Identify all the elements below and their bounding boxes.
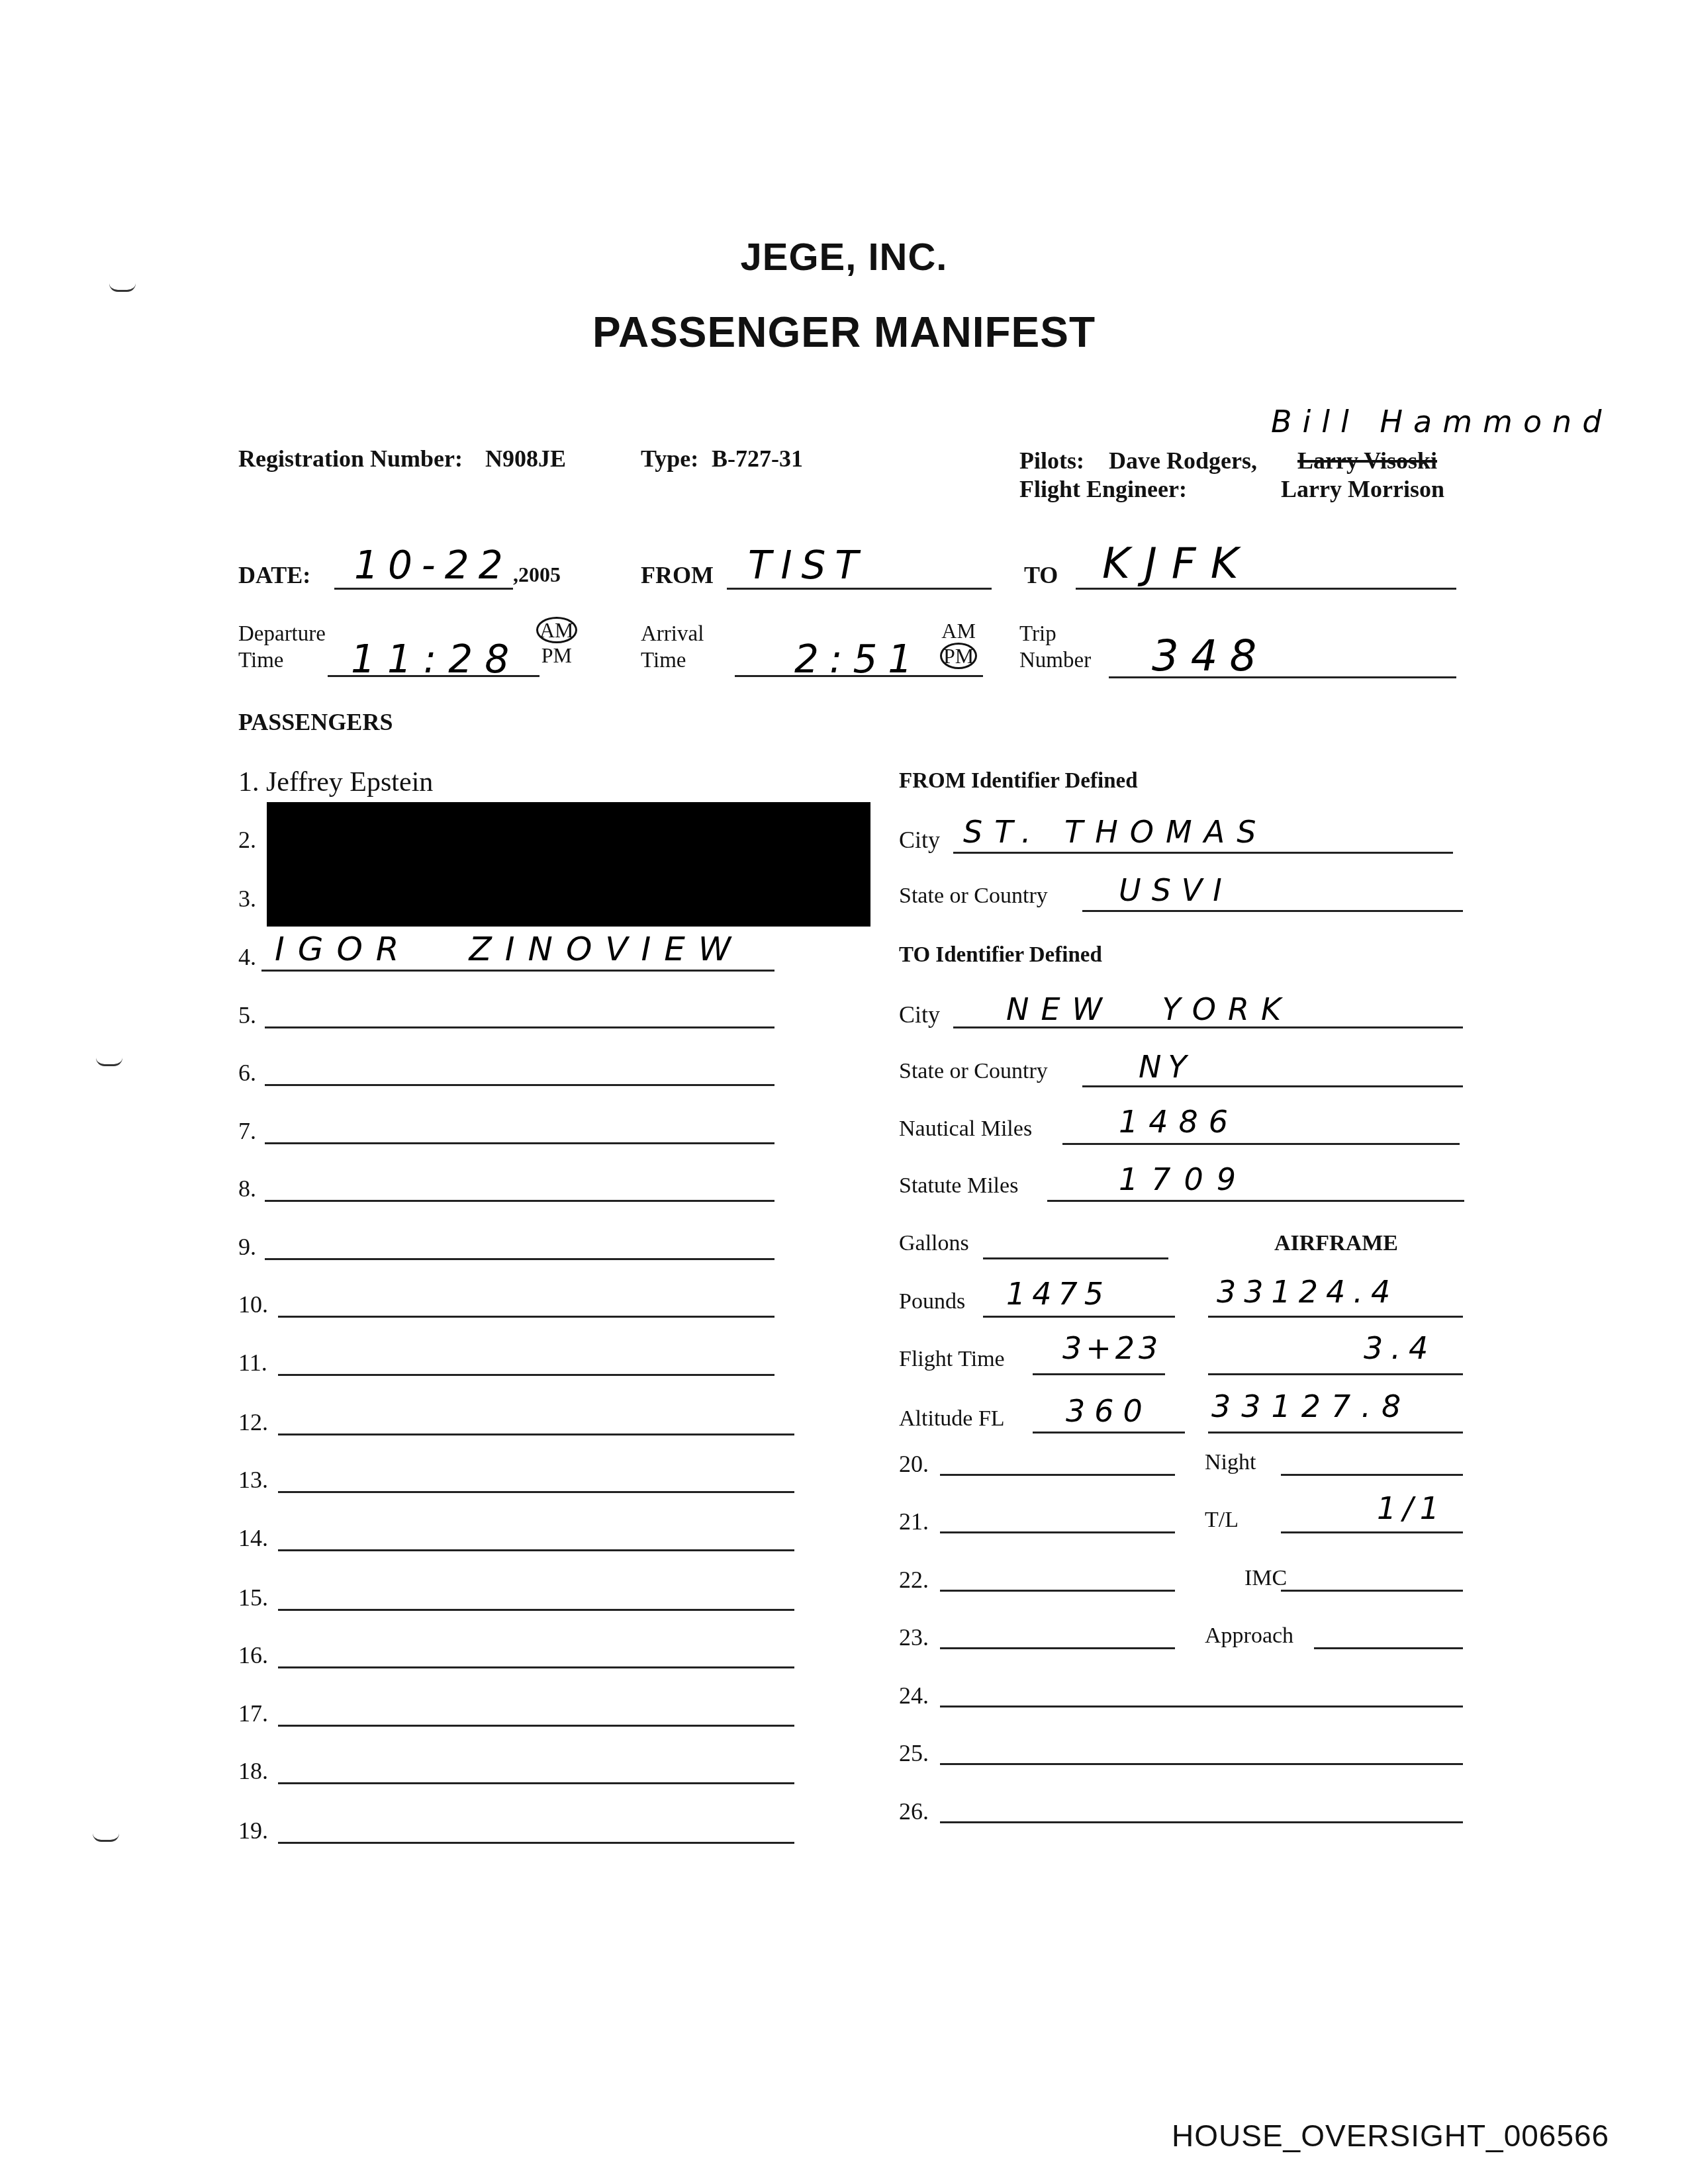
passenger-num: 15. <box>238 1584 268 1612</box>
passenger-row-1: 1. Jeffrey Epstein <box>238 766 433 798</box>
passenger-num: 6. <box>238 1059 256 1087</box>
airframe-end-line <box>1208 1432 1463 1433</box>
arrival-pm-selected[interactable]: PM <box>940 643 977 669</box>
passenger-name-field[interactable] <box>278 1549 794 1551</box>
to-state-line <box>1082 1085 1463 1087</box>
from-value: TIST <box>748 543 868 588</box>
page-title: PASSENGER MANIFEST <box>0 308 1688 357</box>
scan-mark <box>96 1058 122 1066</box>
extra-row-value-field[interactable] <box>1281 1590 1463 1592</box>
type-value: B-727-31 <box>712 445 803 473</box>
from-state-label: State or Country <box>899 884 1048 909</box>
flight-time-line <box>1033 1373 1165 1375</box>
gallons-label: Gallons <box>899 1231 969 1256</box>
pilot-2-struck: Larry Visoski <box>1297 447 1437 475</box>
from-label: FROM <box>641 561 714 589</box>
extra-row-num: 24. <box>899 1682 929 1709</box>
passenger-line <box>261 970 774 972</box>
passenger-num: 9. <box>238 1233 256 1261</box>
extra-row-label: T/L <box>1205 1508 1239 1533</box>
passenger-name-field[interactable] <box>265 1258 774 1260</box>
from-city-value: ST. THOMAS <box>963 814 1268 850</box>
passenger-name: Jeffrey Epstein <box>266 767 433 797</box>
to-identifier-heading: TO Identifier Defined <box>899 943 1102 968</box>
to-state-value: NY <box>1139 1049 1194 1085</box>
arrival-time-value: 2:51 <box>794 637 923 682</box>
from-state-value: USVI <box>1119 872 1233 908</box>
passenger-num: 18. <box>238 1757 268 1785</box>
pounds-value: 1475 <box>1006 1276 1110 1312</box>
passenger-num: 5. <box>238 1001 256 1029</box>
extra-row-num: 26. <box>899 1797 929 1825</box>
passenger-name-field[interactable] <box>278 1725 794 1727</box>
extra-row-num: 20. <box>899 1450 929 1478</box>
airframe-heading: AIRFRAME <box>1274 1231 1398 1256</box>
date-line <box>334 588 513 590</box>
extra-row-num: 22. <box>899 1566 929 1594</box>
trip-number-label: Trip Number <box>1019 621 1091 674</box>
passenger-num: 7. <box>238 1117 256 1145</box>
from-identifier-heading: FROM Identifier Defined <box>899 769 1138 794</box>
airframe-start-value: 33124.4 <box>1217 1274 1398 1310</box>
to-label: TO <box>1024 561 1058 589</box>
registration-value: N908JE <box>485 445 566 473</box>
airframe-flight-line <box>1208 1373 1463 1375</box>
passenger-name-field[interactable] <box>265 1026 774 1028</box>
passenger-name-field[interactable] <box>265 1200 774 1202</box>
departure-pm[interactable]: PM <box>536 643 577 667</box>
extra-row-field[interactable] <box>940 1763 1463 1765</box>
passengers-heading: PASSENGERS <box>238 708 393 736</box>
extra-row-field[interactable] <box>940 1647 1175 1649</box>
scan-mark <box>93 1833 119 1842</box>
flight-engineer-label: Flight Engineer: <box>1019 475 1187 503</box>
from-line <box>727 588 992 590</box>
redaction-box <box>267 802 870 927</box>
bates-number: HOUSE_OVERSIGHT_006566 <box>1172 2118 1609 2154</box>
extra-row-field[interactable] <box>940 1590 1175 1592</box>
passenger-name-field[interactable] <box>278 1433 794 1435</box>
to-value: KJFK <box>1102 539 1253 588</box>
passenger-num: 2. <box>238 826 256 854</box>
to-city-label: City <box>899 1001 940 1028</box>
passenger-name-field[interactable] <box>278 1491 794 1493</box>
passenger-name-field[interactable] <box>278 1666 794 1668</box>
company-name: JEGE, INC. <box>0 235 1688 279</box>
extra-row-label: Night <box>1205 1450 1256 1475</box>
passenger-num: 13. <box>238 1466 268 1494</box>
statute-miles-line <box>1047 1200 1464 1202</box>
passenger-name: IGOR ZINOVIEW <box>275 930 744 968</box>
flight-time-label: Flight Time <box>899 1347 1005 1372</box>
nautical-miles-value: 1486 <box>1119 1104 1239 1140</box>
extra-row-label: IMC <box>1244 1566 1287 1591</box>
extra-row-value-field[interactable] <box>1281 1531 1463 1533</box>
extra-row-field[interactable] <box>940 1474 1175 1476</box>
nautical-miles-line <box>1062 1143 1460 1145</box>
passenger-num: 11. <box>238 1349 267 1377</box>
passenger-name-field[interactable] <box>278 1374 774 1376</box>
from-state-line <box>1082 910 1463 912</box>
pounds-label: Pounds <box>899 1289 965 1314</box>
type-label: Type: <box>641 445 698 473</box>
departure-time-value: 11:28 <box>351 637 521 682</box>
trip-number-value: 348 <box>1152 632 1268 681</box>
passenger-name-field[interactable] <box>278 1316 774 1318</box>
altitude-value: 360 <box>1066 1393 1152 1429</box>
airframe-start-line <box>1208 1316 1463 1318</box>
registration-label: Registration Number: <box>238 445 463 473</box>
pilot-1: Dave Rodgers, <box>1109 447 1257 475</box>
passenger-num: 12. <box>238 1408 268 1436</box>
statute-miles-label: Statute Miles <box>899 1173 1018 1199</box>
passenger-num: 16. <box>238 1641 268 1669</box>
gallons-line <box>983 1257 1168 1259</box>
altitude-line <box>1033 1432 1185 1433</box>
flight-time-value: 3+23 <box>1062 1330 1162 1366</box>
arrival-label: Arrival Time <box>641 621 704 674</box>
passenger-num: 8. <box>238 1175 256 1203</box>
departure-am-selected[interactable]: AM <box>536 617 577 643</box>
pilots-label: Pilots: <box>1019 447 1084 475</box>
extra-row-num: 21. <box>899 1508 929 1535</box>
from-city-label: City <box>899 826 940 854</box>
extra-row-value-field[interactable] <box>1314 1647 1463 1649</box>
flight-engineer-value: Larry Morrison <box>1281 475 1444 503</box>
airframe-end-value: 33127.8 <box>1211 1388 1411 1424</box>
arrival-ampm[interactable]: AM PM <box>940 619 977 669</box>
extra-row-value: 1/1 <box>1377 1490 1446 1526</box>
extra-row-field[interactable] <box>940 1821 1463 1823</box>
extra-row-num: 25. <box>899 1739 929 1767</box>
passenger-name-field[interactable] <box>278 1782 794 1784</box>
extra-row-num: 23. <box>899 1623 929 1651</box>
passenger-num: 10. <box>238 1291 268 1318</box>
scan-mark <box>109 283 136 292</box>
passenger-name-field[interactable] <box>265 1084 774 1086</box>
statute-miles-value: 1709 <box>1119 1161 1249 1197</box>
passenger-name-field[interactable] <box>278 1842 794 1844</box>
to-state-label: State or Country <box>899 1059 1048 1084</box>
passenger-name-field[interactable] <box>278 1609 794 1611</box>
passenger-num: 17. <box>238 1700 268 1727</box>
extra-row-field[interactable] <box>940 1706 1463 1707</box>
pounds-line <box>983 1316 1175 1318</box>
passenger-num: 14. <box>238 1524 268 1552</box>
departure-ampm[interactable]: AM PM <box>536 617 577 667</box>
arrival-am[interactable]: AM <box>940 619 977 643</box>
pilot-2-handwritten: Bill Hammond <box>1271 404 1612 439</box>
passenger-num: 19. <box>238 1817 268 1844</box>
date-label: DATE: <box>238 561 310 589</box>
date-year: ,2005 <box>513 563 561 587</box>
passenger-name-field[interactable] <box>265 1142 774 1144</box>
to-city-value: NEW YORK <box>1006 991 1293 1027</box>
extra-row-field[interactable] <box>940 1531 1175 1533</box>
departure-label: Departure Time <box>238 621 326 674</box>
altitude-label: Altitude FL <box>899 1406 1005 1432</box>
date-value: 10-22 <box>354 543 512 588</box>
from-city-line <box>953 852 1453 854</box>
extra-row-label: Approach <box>1205 1623 1293 1649</box>
passenger-num: 3. <box>238 885 256 913</box>
airframe-flight-value: 3.4 <box>1364 1330 1436 1366</box>
nautical-miles-label: Nautical Miles <box>899 1116 1032 1142</box>
passenger-num: 4. <box>238 943 256 971</box>
extra-row-value-field[interactable] <box>1281 1474 1463 1476</box>
